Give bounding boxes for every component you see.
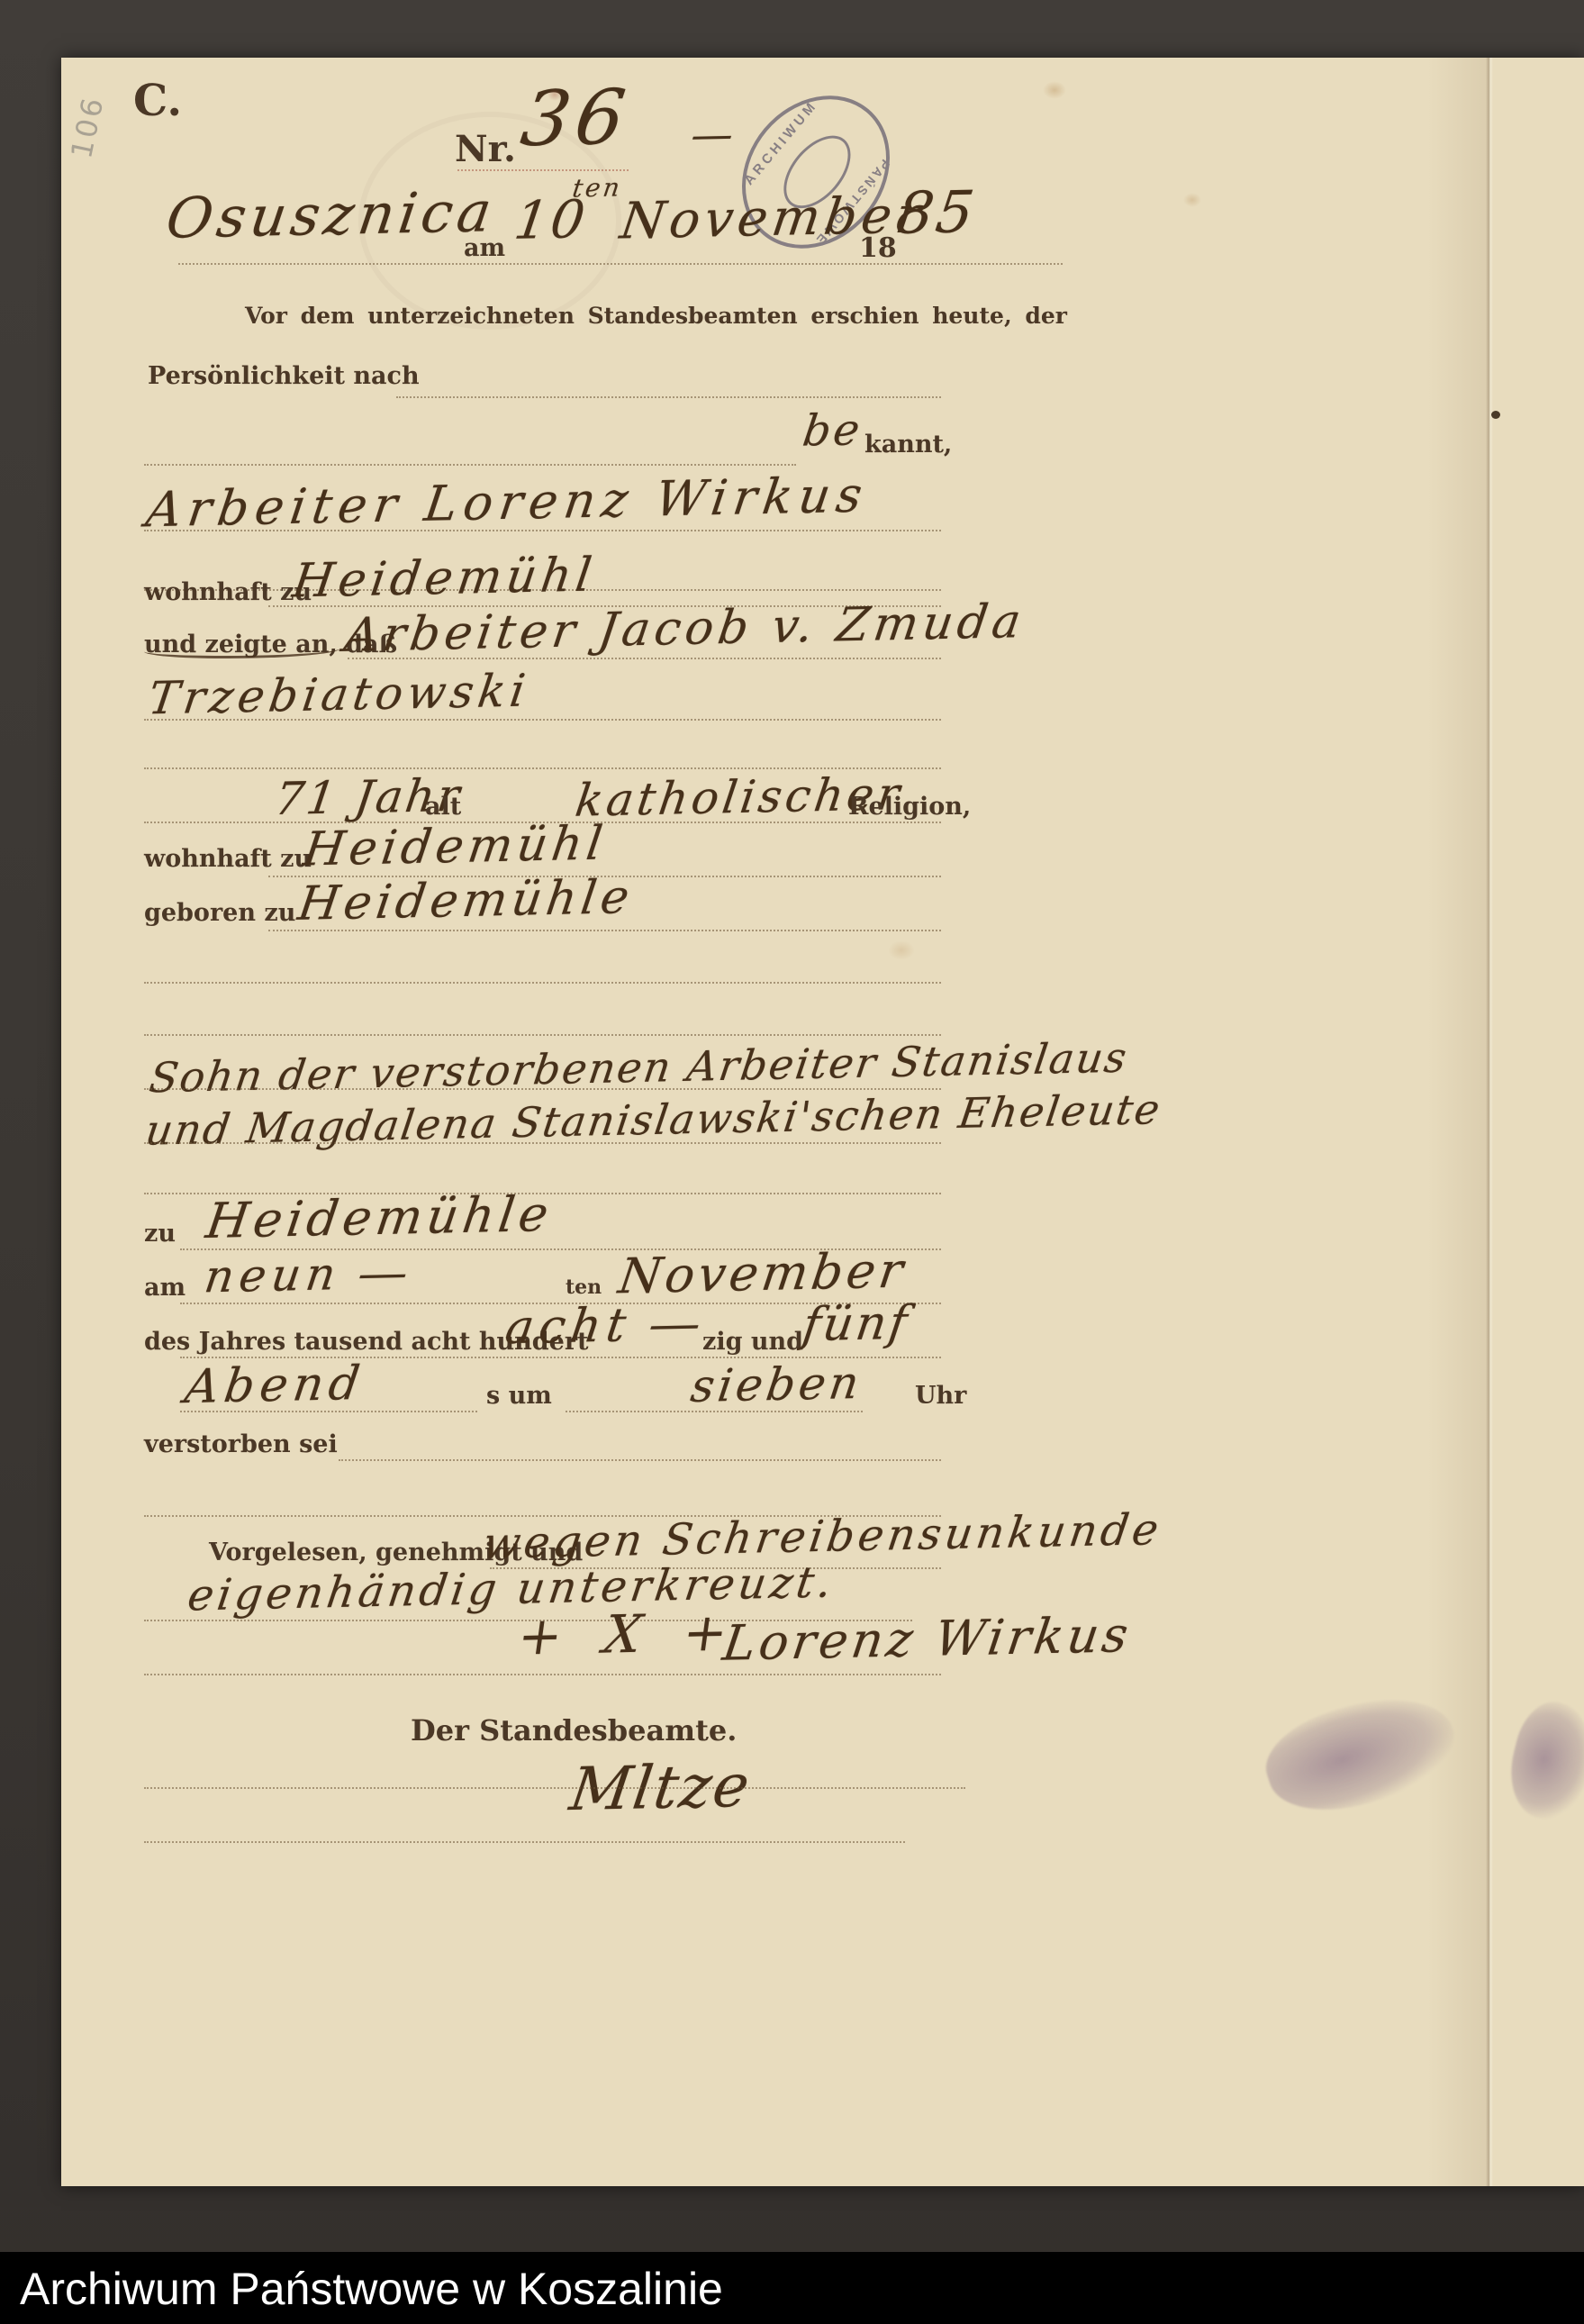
death-am-label: am [144, 1274, 186, 1302]
dotted-rule [144, 1787, 965, 1789]
be-handwritten: be [800, 404, 865, 456]
year-ones-handwritten: fünf [800, 1296, 913, 1352]
geboren-handwritten: Heidemühle [294, 870, 637, 931]
death-place-handwritten: Heidemühle [203, 1185, 557, 1249]
intro-printed-line: Vor dem unterzeichneten Standesbeamten e… [245, 303, 946, 329]
document-scan: 106 C. Nr. 36 — ARCHIWUM PAŃSTWOWE Osusz… [0, 0, 1584, 2324]
foxing-spot [888, 940, 915, 960]
dotted-rule [178, 263, 1063, 265]
verstorben-label: verstorben sei [144, 1430, 338, 1458]
dotted-rule [144, 1674, 941, 1675]
register-page: 106 C. Nr. 36 — ARCHIWUM PAŃSTWOWE Osusz… [61, 58, 1584, 2186]
archive-caption-text: Archiwum Państwowe w Koszalinie [20, 2263, 723, 2315]
pencil-folio-number: 106 [64, 93, 111, 161]
death-day-handwritten: neun ― [202, 1247, 415, 1303]
dotted-rule [268, 930, 941, 931]
foxing-spot [1043, 81, 1066, 99]
dotted-rule [396, 396, 941, 398]
year-century-printed: 18 [859, 232, 897, 264]
dotted-rule [144, 530, 941, 531]
death-month-handwritten: November [615, 1242, 910, 1305]
record-number-value: 36 [516, 73, 636, 163]
dotted-rule [144, 464, 796, 466]
year-handwritten: 85 [892, 179, 981, 248]
declarant-signature-handwritten: Lorenz Wirkus [720, 1606, 1135, 1671]
dotted-rule [144, 719, 941, 721]
persoenlichkeit-label: Persönlichkeit nach [148, 362, 420, 390]
am-label: am [464, 234, 505, 262]
form-letter: C. [133, 76, 182, 126]
dotted-rule [339, 1459, 941, 1461]
handmark-crosses: + X + [514, 1601, 744, 1666]
wohnhaft1-label: wohnhaft zu [144, 578, 312, 606]
flourish-dash: — [688, 109, 739, 159]
wohnhaft2-handwritten: Heidemühl [300, 817, 610, 877]
record-number-label: Nr. [455, 128, 516, 170]
dotted-rule [457, 169, 629, 171]
gutter-crease [1486, 58, 1493, 2186]
registrar-label: Der Standesbeamte. [411, 1713, 737, 1748]
dotted-rule [144, 1841, 905, 1843]
religion-label: Religion, [848, 793, 971, 821]
gutter-shadow [1426, 58, 1489, 2186]
dotted-rule [348, 658, 941, 659]
dotted-rule [144, 1088, 941, 1090]
dotted-rule [180, 1411, 477, 1412]
ten-label: ten [566, 1275, 602, 1299]
dotted-rule [144, 982, 941, 984]
ink-smudge-right [1500, 1695, 1584, 1828]
time-value-handwritten: sieben [688, 1357, 866, 1412]
dotted-rule [566, 1411, 863, 1412]
dotted-rule [144, 1142, 941, 1144]
s-um-label: s um [486, 1382, 552, 1410]
year-tens-handwritten: acht ― [502, 1297, 708, 1356]
zig-und-label: zig und [702, 1328, 803, 1356]
kannt-label: kannt, [864, 431, 952, 458]
wohnhaft2-label: wohnhaft zu [144, 845, 312, 873]
foxing-spot [548, 88, 562, 101]
deceased-surname-handwritten: Trzebiatowski [145, 665, 532, 725]
registry-place-handwritten: Osusznica [162, 178, 500, 251]
day-suffix-handwritten: ten [571, 172, 625, 203]
archive-caption-bar: Archiwum Państwowe w Koszalinie [0, 2252, 1584, 2324]
time-prefix-handwritten: Abend [182, 1357, 368, 1414]
dotted-rule [144, 1034, 941, 1036]
alt-label: alt [425, 793, 461, 821]
zu-label: zu [144, 1220, 176, 1248]
wohnhaft1-handwritten: Heidemühl [289, 549, 599, 609]
uhr-label: Uhr [915, 1382, 966, 1410]
geboren-label: geboren zu [144, 899, 295, 927]
paper-speck [1491, 411, 1500, 419]
declarant-handwritten: Arbeiter Lorenz Wirkus [142, 467, 872, 539]
foxing-spot [1183, 193, 1201, 207]
